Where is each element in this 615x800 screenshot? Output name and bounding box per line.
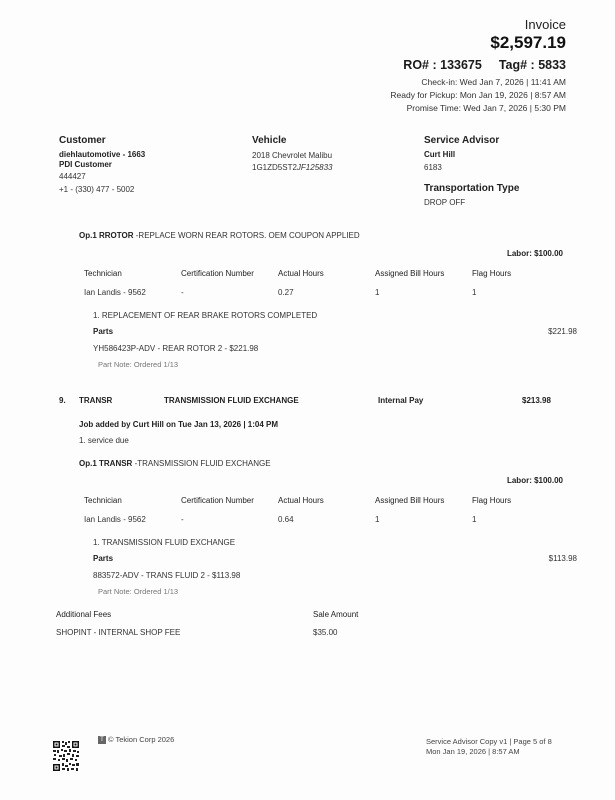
td-flag-hours: 1	[472, 288, 476, 297]
customer-name: diehlautomotive - 1663	[59, 150, 145, 159]
ro-tag-line: RO# : 133675 Tag# : 5833	[403, 58, 566, 72]
td-actual-hours: 0.27	[278, 288, 294, 297]
th-actual-hours: Actual Hours	[278, 496, 324, 505]
customer-id: 444427	[59, 171, 86, 183]
customer-title: Customer	[59, 135, 106, 146]
vehicle-vin: 1G1ZD5ST2JF125833	[252, 162, 333, 174]
vin-prefix: 1G1ZD5ST2	[252, 163, 297, 172]
td-actual-hours: 0.64	[278, 515, 294, 524]
copyright-line: T© Tekion Corp 2026	[98, 735, 174, 745]
job1-part-note: Part Note: Ordered 1/13	[98, 360, 178, 369]
job2-pay-type: Internal Pay	[378, 396, 423, 405]
fees-amount-header: Sale Amount	[313, 610, 358, 619]
copy-info: Service Advisor Copy v1 | Page 5 of 8	[426, 737, 552, 747]
job2-parts-label: Parts	[93, 554, 113, 563]
qr-code-icon	[52, 740, 80, 772]
job1-labor: Labor: $100.00	[507, 249, 563, 258]
copyright-text: © Tekion Corp 2026	[108, 735, 174, 744]
job1-op-line: Op.1 RROTOR -REPLACE WORN REAR ROTORS. O…	[79, 231, 360, 240]
td-assigned-bill-hours: 1	[375, 515, 379, 524]
job1-part-line: YH586423P-ADV - REAR ROTOR 2 - $221.98	[93, 344, 258, 353]
td-flag-hours: 1	[472, 515, 476, 524]
fee-amount: $35.00	[313, 628, 337, 637]
job2-added-by: Job added by Curt Hill on Tue Jan 13, 20…	[79, 420, 278, 429]
tag-number: 5833	[538, 58, 566, 72]
th-technician: Technician	[84, 496, 122, 505]
job1-story: 1. REPLACEMENT OF REAR BRAKE ROTORS COMP…	[93, 311, 317, 320]
customer-phone: +1 - (330) 477 - 5002	[59, 184, 134, 196]
customer-type: PDI Customer	[59, 160, 112, 169]
vehicle-model: 2018 Chevrolet Malibu	[252, 150, 332, 162]
job2-labor: Labor: $100.00	[507, 476, 563, 485]
ro-number: 133675	[440, 58, 482, 72]
th-flag-hours: Flag Hours	[472, 496, 511, 505]
transportation-title: Transportation Type	[424, 183, 519, 194]
job2-concern: 1. service due	[79, 436, 129, 445]
job2-code: TRANSR	[79, 396, 112, 405]
job2-amount: $213.98	[522, 396, 551, 405]
transportation-value: DROP OFF	[424, 197, 465, 209]
td-certification: -	[181, 288, 184, 297]
tekion-logo-icon: T	[98, 736, 106, 744]
job2-name: TRANSMISSION FLUID EXCHANGE	[164, 396, 299, 405]
service-advisor-name: Curt Hill	[424, 150, 455, 159]
th-certification: Certification Number	[181, 269, 254, 278]
invoice-total: $2,597.19	[490, 33, 566, 53]
job2-op-code: Op.1 TRANSR	[79, 459, 132, 468]
th-certification: Certification Number	[181, 496, 254, 505]
th-flag-hours: Flag Hours	[472, 269, 511, 278]
service-advisor-title: Service Advisor	[424, 135, 499, 146]
tag-label: Tag# :	[499, 58, 535, 72]
job2-op-desc: -TRANSMISSION FLUID EXCHANGE	[132, 459, 270, 468]
fee-name: SHOPINT - INTERNAL SHOP FEE	[56, 628, 180, 637]
fees-title: Additional Fees	[56, 610, 111, 619]
invoice-title: Invoice	[525, 17, 566, 32]
td-certification: -	[181, 515, 184, 524]
td-assigned-bill-hours: 1	[375, 288, 379, 297]
job1-op-code: Op.1 RROTOR	[79, 231, 134, 240]
job1-parts-label: Parts	[93, 327, 113, 336]
job2-part-line: 883572-ADV - TRANS FLUID 2 - $113.98	[93, 571, 240, 580]
check-in-time: Check-in: Wed Jan 7, 2026 | 11:41 AM	[421, 76, 566, 89]
job1-parts-total: $221.98	[548, 327, 577, 336]
job2-op-line: Op.1 TRANSR -TRANSMISSION FLUID EXCHANGE	[79, 459, 271, 468]
promise-time: Promise Time: Wed Jan 7, 2026 | 5:30 PM	[407, 102, 566, 115]
td-technician: Ian Landis - 9562	[84, 288, 146, 297]
th-assigned-bill-hours: Assigned Bill Hours	[375, 269, 444, 278]
job2-parts-total: $113.98	[549, 554, 577, 563]
job1-op-desc: -REPLACE WORN REAR ROTORS. OEM COUPON AP…	[134, 231, 360, 240]
job2-number: 9.	[59, 396, 66, 405]
vehicle-title: Vehicle	[252, 135, 286, 146]
service-advisor-id: 6183	[424, 162, 442, 174]
th-actual-hours: Actual Hours	[278, 269, 324, 278]
job2-part-note: Part Note: Ordered 1/13	[98, 587, 178, 596]
th-assigned-bill-hours: Assigned Bill Hours	[375, 496, 444, 505]
vin-suffix: JF125833	[297, 163, 333, 172]
th-technician: Technician	[84, 269, 122, 278]
td-technician: Ian Landis - 9562	[84, 515, 146, 524]
ready-for-pickup-time: Ready for Pickup: Mon Jan 19, 2026 | 8:5…	[390, 89, 566, 102]
job2-story: 1. TRANSMISSION FLUID EXCHANGE	[93, 538, 235, 547]
printed-timestamp: Mon Jan 19, 2026 | 8:57 AM	[426, 747, 520, 757]
ro-label: RO# :	[403, 58, 436, 72]
